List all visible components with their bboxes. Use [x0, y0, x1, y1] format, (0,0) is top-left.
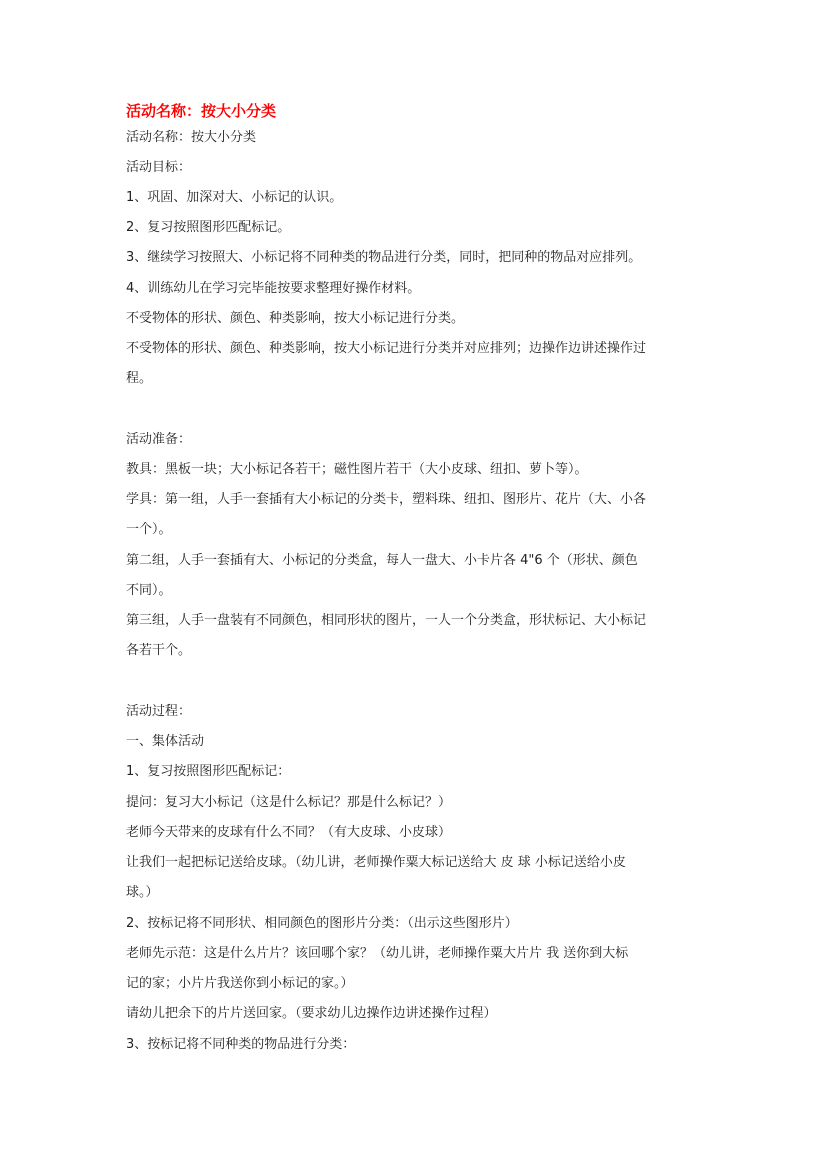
paragraph-line: 2、按标记将不同形状、相同颜色的图形片分类：（出示这些图形片） — [126, 916, 518, 932]
paragraph-line: 提问：复习大小标记（这是什么标记？那是什么标记？） — [126, 795, 451, 811]
paragraph-line: 老师先示范：这是什么片片？该回哪个家？（幼儿讲，老师操作粟大片片 我 送你到大标 — [126, 946, 628, 962]
paragraph-line: 不受物体的形状、颜色、种类影响，按大小标记进行分类。 — [126, 311, 464, 327]
paragraph-line: 让我们一起把标记送给皮球。（幼儿讲，老师操作粟大标记送给大 皮 球 小标记送给小… — [126, 855, 626, 871]
paragraph-line: 第三组，人手一盘装有不同颜色，相同形状的图片，一人一个分类盒，形状标记、大小标记 — [126, 613, 646, 629]
paragraph-line: 程。 — [126, 371, 152, 387]
paragraph-line: 记的家；小片片我送你到小标记的家。） — [126, 976, 354, 992]
paragraph-line: 活动过程： — [126, 704, 191, 720]
paragraph-line: 2、复习按照图形匹配标记。 — [126, 220, 290, 236]
paragraph-line: 活动名称：按大小分类 — [126, 130, 256, 146]
paragraph-line: 活动准备： — [126, 432, 191, 448]
paragraph-line: 老师今天带来的皮球有什么不同？（有大皮球、小皮球） — [126, 825, 451, 841]
paragraph-line: 第二组，人手一套插有大、小标记的分类盒，每人一盘大、小卡片各 4"6 个（形状、… — [126, 553, 638, 569]
paragraph-line: 1、巩固、加深对大、小标记的认识。 — [126, 190, 342, 206]
paragraph-line: 一、集体活动 — [126, 734, 204, 750]
paragraph-line: 各若干个。 — [126, 643, 191, 659]
paragraph-line: 活动目标： — [126, 160, 191, 176]
paragraph-line: 3、继续学习按照大、小标记将不同种类的物品进行分类，同时，把同种的物品对应排列。 — [126, 250, 641, 266]
paragraph-line: 4、训练幼儿在学习完毕能按要求整理好操作材料。 — [126, 281, 420, 297]
paragraph-line: 球。） — [126, 885, 159, 901]
paragraph-line: 教具：黑板一块；大小标记各若干；磁性图片若干（大小皮球、纽扣、萝卜等）。 — [126, 462, 588, 478]
paragraph-line: 3、按标记将不同种类的物品进行分类： — [126, 1037, 355, 1053]
paragraph-line: 一个）。 — [126, 522, 172, 538]
document-page: 活动名称：按大小分类 活动名称：按大小分类活动目标：1、巩固、加深对大、小标记的… — [0, 0, 827, 1169]
paragraph-line: 1、复习按照图形匹配标记： — [126, 764, 290, 780]
paragraph-line: 不受物体的形状、颜色、种类影响，按大小标记进行分类并对应排列；边操作边讲述操作过 — [126, 341, 646, 357]
paragraph-line: 学具：第一组，人手一套插有大小标记的分类卡，塑料珠、纽扣、图形片、花片（大、小各 — [126, 492, 646, 508]
paragraph-line: 请幼儿把余下的片片送回家。（要求幼儿边操作边讲述操作过程） — [126, 1006, 497, 1022]
paragraph-line: 不同）。 — [126, 583, 172, 599]
document-title: 活动名称：按大小分类 — [126, 102, 276, 120]
